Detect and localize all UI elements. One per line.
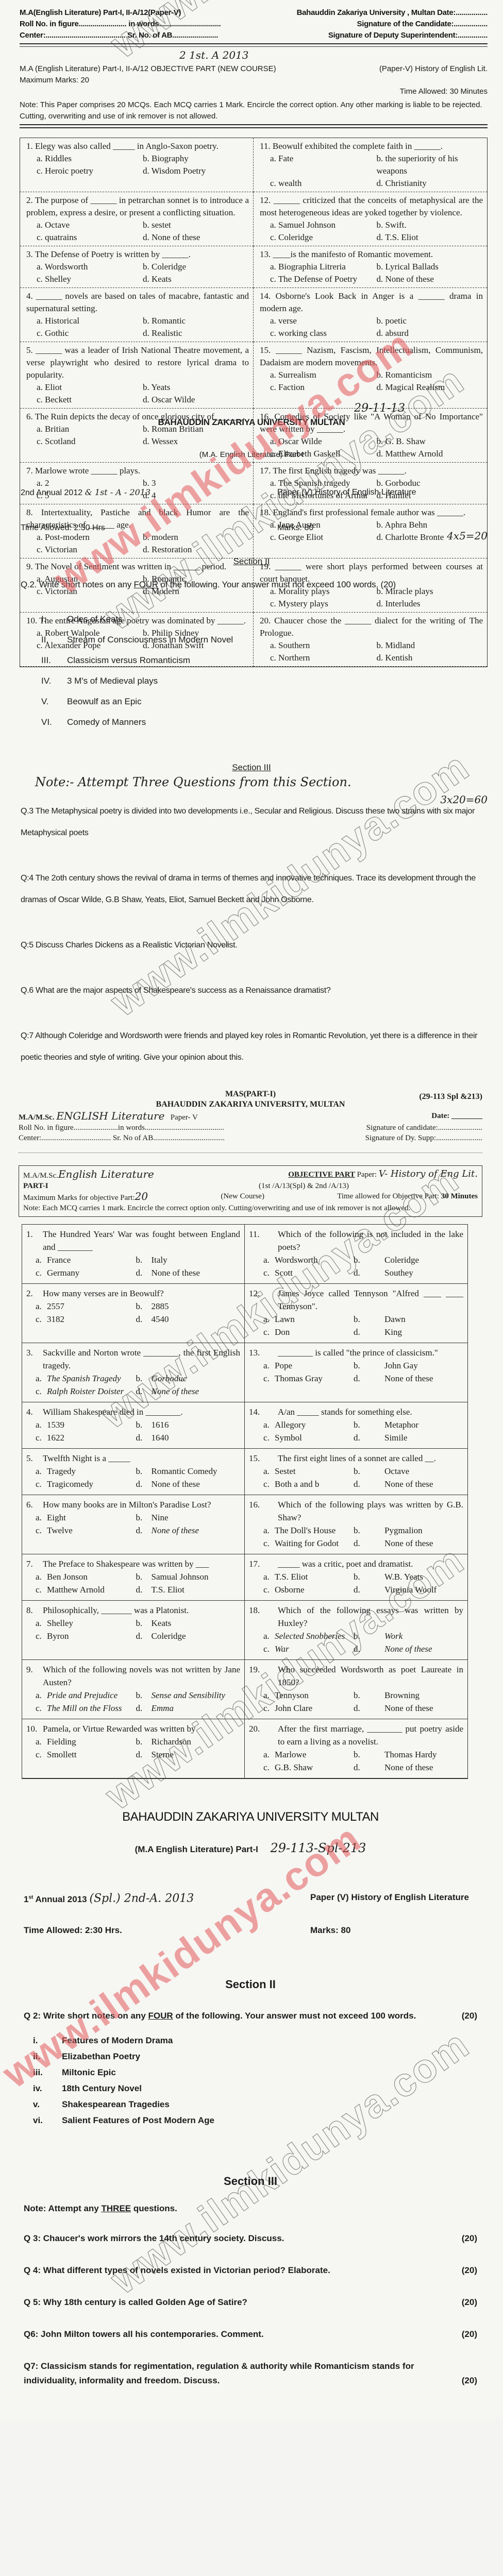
mcq-option: Virginia Woolf <box>384 1583 463 1596</box>
mcq-option: Coleridge <box>384 1253 463 1266</box>
mcq-option: The Spanish Tragedy <box>47 1372 136 1385</box>
mcq-option: Italy <box>152 1253 241 1266</box>
question-number: 19. <box>249 1663 278 1689</box>
mcq-item: 2. The purpose of ______ in petrarchan s… <box>20 192 254 246</box>
mcq-question: 11. Beowulf exhibited the complete faith… <box>260 140 483 152</box>
question-number: 10. <box>26 1722 43 1735</box>
section-note: Note: Attempt any THREE questions. <box>24 2204 477 2214</box>
option-letter: a. <box>36 1617 47 1630</box>
question-number: 20. <box>249 1722 278 1748</box>
handwritten-marks: 3x20=60 <box>440 793 488 806</box>
question-number: 12. <box>249 1287 278 1313</box>
option-letter: d. <box>354 1761 384 1774</box>
item-number: VI. <box>41 712 67 733</box>
paper-title-block: M.A (English Literature) Part-I, II-A/12… <box>20 63 488 97</box>
list-item: iii.Miltonic Epic <box>33 2064 477 2080</box>
time-allowed: Time Allowed: 2:30 Hrs. <box>24 1924 310 1937</box>
mcq-option: c. wealth <box>270 177 377 190</box>
mcq-options: a. Fateb. the superiority of his weapons… <box>260 152 483 190</box>
mcq-option: Metaphor <box>384 1418 463 1431</box>
option-letter: a. <box>36 1300 47 1313</box>
divider <box>20 46 488 47</box>
course-subtitle: (M.A. English Literature) Part-I <box>21 450 482 459</box>
item-text: Miltonic Epic <box>62 2064 116 2080</box>
option-letter: d. <box>354 1478 384 1490</box>
section-heading: Section II <box>21 556 482 567</box>
mcq-option: Octave <box>384 1465 463 1478</box>
mcq-question: 14.A/an _____ stands for something else. <box>249 1405 463 1418</box>
mcq-options: a.The Spanish Tragedyb.Gorboducc.Ralph R… <box>26 1372 240 1398</box>
option-letter: d. <box>136 1313 152 1326</box>
option-letter: c. <box>36 1431 47 1444</box>
mcq-options: a. Octaveb. sestetc. quatrainsd. None of… <box>26 219 249 244</box>
mcq-question: 9.Which of the following novels was not … <box>26 1663 240 1689</box>
mcq-question: 8.Philosophically, _______ was a Platoni… <box>26 1604 240 1617</box>
mcq-options: a. Riddlesb. Biographyc. Heroic poetryd.… <box>26 152 249 177</box>
item-number: I. <box>41 609 67 630</box>
mcq-option: John Gay <box>384 1359 463 1372</box>
mcq-option: a. Octave <box>37 219 143 231</box>
mcq-option: France <box>47 1253 136 1266</box>
long-question: Q 4: What different types of novels exis… <box>24 2263 477 2278</box>
long-questions: Q 3: Chaucer's work mirrors the 14th cen… <box>24 2231 477 2388</box>
item-text: Elizabethan Poetry <box>62 2048 140 2064</box>
mcq-option: c. Gothic <box>37 327 143 340</box>
mcq-option: Ralph Roister Doister <box>47 1385 136 1398</box>
option-letter: b. <box>136 1617 152 1630</box>
option-letter: c. <box>36 1583 47 1596</box>
option-letter: d. <box>136 1583 152 1596</box>
question-text: Which of the following novels was not wr… <box>43 1663 240 1689</box>
mcq-option: 2885 <box>152 1300 241 1313</box>
max-marks: Maximum Marks: 20 <box>20 75 89 86</box>
option-letter: a. <box>36 1465 47 1478</box>
mcq-options: a. Biographia Litreriab. Lyrical Ballads… <box>260 261 483 285</box>
option-letter: c. <box>263 1372 275 1385</box>
option-letter: c. <box>36 1748 47 1761</box>
question-marks: (20) <box>462 2327 477 2342</box>
mcq-option: d. absurd <box>377 327 483 340</box>
exam-meta: 1st Annual 2013 (Spl.) 2nd-A. 2013 Paper… <box>24 1891 477 1937</box>
mcq-option: Pygmalion <box>384 1524 463 1537</box>
mcq-option: Coleridge <box>152 1630 241 1642</box>
mcq-option: 1640 <box>152 1431 241 1444</box>
mcq-question: 19.Who succeeded Wordsworth as poet Laur… <box>249 1663 463 1689</box>
mcq-options: a.Lawnb.Dawnc.Dond.King <box>249 1313 463 1338</box>
university-name: BAHAUDDIN ZAKARIYA UNIVERSITY MULTAN <box>24 1779 477 1824</box>
item-text: 3 M's of Medieval plays <box>67 671 158 691</box>
header-row: M.A(English Literature) Part-I, II-A/12(… <box>20 7 488 19</box>
mcq-options: a.Allegoryb.Metaphorc.Symbold.Simile <box>249 1418 463 1444</box>
mcq-option: Lawn <box>275 1313 354 1326</box>
question-text: Which of the following plays was written… <box>278 1498 463 1524</box>
mcq-option: c. quatrains <box>37 231 143 244</box>
question-number: 7. <box>26 1557 43 1570</box>
mcq-option: b. the superiority of his weapons <box>377 152 483 177</box>
option-letter: b. <box>354 1570 384 1583</box>
option-letter: a. <box>263 1748 275 1761</box>
question-text: Q7: Classicism stands for regimentation,… <box>24 2359 446 2388</box>
mcq-option: Allegory <box>275 1418 354 1431</box>
mcq-option: Thomas Hardy <box>384 1748 463 1761</box>
session: 1st Annual 2013 <box>24 1894 87 1904</box>
option-letter: b. <box>354 1359 384 1372</box>
option-letter: c. <box>263 1266 275 1279</box>
option-letter: d. <box>354 1642 384 1655</box>
mcq-option: d. Wisdom Poetry <box>143 165 249 177</box>
option-letter: a. <box>263 1465 275 1478</box>
session: 2nd Annual 2012 <box>21 488 82 497</box>
mcq-option: b. sestet <box>143 219 249 231</box>
mcq-item: 17._____ was a critic, poet and dramatis… <box>245 1554 467 1601</box>
question-text: Q 5: Why 18th century is called Golden A… <box>24 2295 247 2310</box>
question-number: 1. <box>26 1228 43 1253</box>
item-number: IV. <box>41 671 67 691</box>
time-allowed: Time Allowed: 30 Minutes <box>400 86 488 97</box>
option-letter: c. <box>36 1702 47 1715</box>
option-letter: a. <box>36 1689 47 1702</box>
item-text: Odes of Keats <box>67 609 123 630</box>
mcq-option: Pride and Prejudice <box>47 1689 136 1702</box>
question-number: 3. <box>26 1346 43 1372</box>
option-letter: b. <box>136 1689 152 1702</box>
mcq-option: Emma <box>152 1702 241 1715</box>
mcq-option: a. verse <box>270 315 377 327</box>
mcq-option: c. Shelley <box>37 273 143 285</box>
option-letter: a. <box>263 1570 275 1583</box>
mcq-item: 12. ______ criticized that the conceits … <box>254 192 487 246</box>
item-number: v. <box>33 2096 62 2112</box>
mcq-options: a. Samuel Johnsonb. Swift.c. Coleridged.… <box>260 219 483 244</box>
total-marks: Marks: 80 <box>310 1924 477 1937</box>
question-text: William Shakespeare died in ________. <box>43 1405 183 1418</box>
item-text: 18th Century Novel <box>62 2080 142 2096</box>
mcq-option: Byron <box>47 1630 136 1642</box>
mcq-option: W.B. Yeats <box>384 1570 463 1583</box>
mcq-item: 9.Which of the following novels was not … <box>22 1660 245 1719</box>
mcq-option: King <box>384 1326 463 1338</box>
course-subtitle: (M.A English Literature) Part-I 29-113-S… <box>24 1841 477 1855</box>
divider <box>20 124 488 125</box>
mcq-item: 19.Who succeeded Wordsworth as poet Laur… <box>245 1660 467 1719</box>
long-question: Q:4 The 2oth century shows the revival o… <box>21 868 482 911</box>
mcq-option: T.S. Eliot <box>275 1570 354 1583</box>
mcq-options: a.Wordsworthb.Coleridgec.Scottd.Southey <box>249 1253 463 1279</box>
mcq-option: Gorboduc <box>152 1372 241 1385</box>
question-number: 5. <box>26 1452 43 1465</box>
question-text: A/an _____ stands for something else. <box>278 1405 412 1418</box>
option-letter: b. <box>136 1735 152 1748</box>
mcq-option: Keats <box>152 1617 241 1630</box>
item-text: Beowulf as an Epic <box>67 691 142 712</box>
mcq-option: Samual Johnson <box>152 1570 241 1583</box>
mcq-option: c. Heroic poetry <box>37 165 143 177</box>
mcq-option: b. Coleridge <box>143 261 249 273</box>
mcq-option: Romantic Comedy <box>152 1465 241 1478</box>
question-text: How many books are in Milton's Paradise … <box>43 1498 211 1511</box>
question-number: 13. <box>249 1346 278 1359</box>
list-item: v.Shakespearean Tragedies <box>33 2096 477 2112</box>
form-row: Center:.................................… <box>19 1133 482 1143</box>
option-letter: c. <box>263 1478 275 1490</box>
mcq-item: 3. The Defense of Poetry is written by _… <box>20 246 254 288</box>
long-question: Q7: Classicism stands for regimentation,… <box>24 2359 477 2388</box>
mcq-options: a.Tennysonb.Browningc.John Clared.None o… <box>249 1689 463 1715</box>
mcq-option: Selected Snobberies <box>275 1630 354 1642</box>
question-text: Which of the following is not included i… <box>278 1228 463 1253</box>
option-letter: a. <box>263 1689 275 1702</box>
question-text: Who succeeded Wordsworth as poet Laureat… <box>278 1663 463 1689</box>
mcq-options: a.Tragedyb.Romantic Comedyc.Tragicomedyd… <box>26 1465 240 1490</box>
question-number: 6. <box>26 1498 43 1511</box>
mcq-option: John Clare <box>275 1702 354 1715</box>
mcq-option: 1539 <box>47 1418 136 1431</box>
question-2: Q 2: Write short notes on any FOUR of th… <box>24 2011 477 2021</box>
mcq-option: d. Christianity <box>377 177 483 190</box>
paper-subject: Paper (V) History of English Literature <box>277 487 482 499</box>
mcq-options: a.1539b.1616c.1622d.1640 <box>26 1418 240 1444</box>
option-letter: a. <box>263 1359 275 1372</box>
mcq-option: T.S. Eliot <box>152 1583 241 1596</box>
mcq-option: Sterne <box>152 1748 241 1761</box>
mcq-option: b. Swift. <box>377 219 483 231</box>
paper-subjective-2013: BAHAUDDIN ZAKARIYA UNIVERSITY MULTAN (M.… <box>0 1779 503 2419</box>
mcq-item: 13. ____is the manifesto of Romantic mov… <box>254 246 487 288</box>
mcq-options: a. Historicalb. Romanticc. Gothicd. Real… <box>26 315 249 340</box>
option-letter: b. <box>354 1313 384 1326</box>
mcq-item: 8.Philosophically, _______ was a Platoni… <box>22 1601 245 1660</box>
list-item: VI.Comedy of Manners <box>41 712 482 733</box>
mcq-item: 7.The Preface to Shakespeare was written… <box>22 1554 245 1601</box>
question-marks: (20) <box>462 2263 477 2278</box>
question-2: Q.2. Write short notes on any FOUR of th… <box>21 574 482 596</box>
dotted-divider <box>19 1153 482 1153</box>
option-letter: a. <box>36 1570 47 1583</box>
mcq-option: d. None of these <box>377 273 483 285</box>
question-text: Pamela, or Virtue Rewarded was written b… <box>43 1722 196 1735</box>
mcq-question: 13.________ is called "the prince of cla… <box>249 1346 463 1359</box>
handwritten-marks: 4x5=20 <box>447 530 488 542</box>
exam-meta: 2nd Annual 2012 & 1st - A - 2013 Paper (… <box>21 487 482 534</box>
mcq-question: 6.How many books are in Milton's Paradis… <box>26 1498 240 1511</box>
mcq-item: 18.Which of the following essays was wri… <box>245 1601 467 1660</box>
question-text: The first eight lines of a sonnet are ca… <box>278 1452 436 1465</box>
option-letter: d. <box>136 1702 152 1715</box>
mcq-question: 15. ______ Nazism, Fascism, Intellectual… <box>260 344 483 369</box>
list-item: V.Beowulf as an Epic <box>41 691 482 712</box>
mcq-options: a.The Doll's Houseb.Pygmalionc.Waiting f… <box>249 1524 463 1550</box>
mcq-option: b. Romanticism <box>377 369 483 381</box>
paper-subject: Paper (V) History of English Literature <box>310 1891 477 1906</box>
short-notes-list: I.Odes of KeatsII.Stream of Consciousnes… <box>41 609 482 733</box>
mcq-options: a.Popeb.John Gayc.Thomas Grayd.None of t… <box>249 1359 463 1385</box>
mcq-question: 7.The Preface to Shakespeare was written… <box>26 1557 240 1570</box>
handwritten-date: 2 1st. A 2013 <box>20 49 488 63</box>
question-marks: (20) <box>462 2295 477 2310</box>
item-text: Comedy of Manners <box>67 712 146 733</box>
item-number: ii. <box>33 2048 62 2064</box>
list-item: III.Classicism versus Romanticism <box>41 650 482 671</box>
mcq-option: Tragicomedy <box>47 1478 136 1490</box>
list-item: II.Stream of Consciousness in Modern Nov… <box>41 630 482 650</box>
mcq-options: a. Surrealismb. Romanticismc. Factiond. … <box>260 369 483 394</box>
mcq-option: 2557 <box>47 1300 136 1313</box>
mcq-option: Tennyson <box>275 1689 354 1702</box>
option-letter: b. <box>354 1524 384 1537</box>
option-letter: d. <box>136 1630 152 1642</box>
item-text: Classicism versus Romanticism <box>67 650 190 671</box>
question-number: 11. <box>249 1228 278 1253</box>
long-question: Q.3 The Metaphysical poetry is divided i… <box>21 801 482 844</box>
option-letter: b. <box>136 1570 152 1583</box>
mcq-question: 17._____ was a critic, poet and dramatis… <box>249 1557 463 1570</box>
mcq-item: 11.Which of the following is not include… <box>245 1225 467 1284</box>
mcq-option: d. Keats <box>143 273 249 285</box>
section-heading: Section III <box>24 2175 477 2188</box>
question-text: ________ is called "the prince of classi… <box>278 1346 438 1359</box>
mcq-option: Scott <box>275 1266 354 1279</box>
option-letter: b. <box>354 1748 384 1761</box>
list-item: iv.18th Century Novel <box>33 2080 477 2096</box>
long-question: Q 5: Why 18th century is called Golden A… <box>24 2295 477 2310</box>
option-letter: c. <box>263 1537 275 1550</box>
mcq-question: 1.The Hundred Years' War was fought betw… <box>26 1228 240 1253</box>
mcq-option: Sestet <box>275 1465 354 1478</box>
mcq-options: a.Shelleyb.Keatsc.Byrond.Coleridge <box>26 1617 240 1642</box>
question-text: After the first marriage, ________ put p… <box>278 1722 463 1748</box>
exam-papers-document: M.A(English Literature) Part-I, II-A/12(… <box>0 0 503 2419</box>
option-letter: b. <box>354 1253 384 1266</box>
long-question: Q 3: Chaucer's work mirrors the 14th cen… <box>24 2231 477 2246</box>
mcq-question: 14. Osborne's Look Back in Anger is a __… <box>260 290 483 315</box>
mcq-item: 13.________ is called "the prince of cla… <box>245 1343 467 1402</box>
mcq-option: 1616 <box>152 1418 241 1431</box>
section-heading: Section III <box>21 762 482 773</box>
mcq-option: None of these <box>152 1385 241 1398</box>
mcq-option: c. Coleridge <box>270 231 377 244</box>
mcq-option: Wordsworth <box>275 1253 354 1266</box>
item-number: III. <box>41 650 67 671</box>
mcq-question: 3.Sackville and Norton wrote ________, t… <box>26 1346 240 1372</box>
question-marks: (20) <box>462 2231 477 2246</box>
option-letter: b. <box>354 1465 384 1478</box>
mcq-option: Sense and Sensibility <box>152 1689 241 1702</box>
option-letter: d. <box>136 1748 152 1761</box>
mcq-question: 13. ____is the manifesto of Romantic mov… <box>260 248 483 261</box>
short-notes-list: i.Features of Modern Dramaii.Elizabethan… <box>33 2032 477 2128</box>
item-text: Features of Modern Drama <box>62 2032 173 2048</box>
mcq-options: a. verseb. poeticc. working classd. absu… <box>260 315 483 340</box>
mcq-option: None of these <box>152 1478 241 1490</box>
item-number: vi. <box>33 2112 62 2128</box>
question-text: Which of the following essays was writte… <box>278 1604 463 1630</box>
question-number: 18. <box>249 1604 278 1630</box>
mcq-options: a.Marloweb.Thomas Hardyc.G.B. Shawd.None… <box>249 1748 463 1774</box>
mcq-option: b. poetic <box>377 315 483 327</box>
list-item: vi.Salient Features of Post Modern Age <box>33 2112 477 2128</box>
mcq-option: Tragedy <box>47 1465 136 1478</box>
mcq-item: 12.James Joyce called Tennyson "Alfred _… <box>245 1284 467 1343</box>
mcq-question: 5. ______ was a leader of Irish National… <box>26 344 249 381</box>
option-letter: d. <box>136 1431 152 1444</box>
question-text: James Joyce called Tennyson "Alfred ____… <box>278 1287 463 1313</box>
mcq-option: Southey <box>384 1266 463 1279</box>
question-text: Sackville and Norton wrote ________, the… <box>43 1346 240 1372</box>
mcq-option: Matthew Arnold <box>47 1583 136 1596</box>
mcq-question: 4. ______ novels are based on tales of m… <box>26 290 249 315</box>
option-letter: d. <box>136 1524 152 1537</box>
university-name: BAHAUDDIN ZAKARIYA UNIVERSITY MULTAN <box>21 392 482 428</box>
option-letter: c. <box>36 1630 47 1642</box>
mcq-option: a. Biographia Litreria <box>270 261 377 273</box>
option-letter: a. <box>263 1524 275 1537</box>
item-number: iii. <box>33 2064 62 2080</box>
option-letter: a. <box>36 1418 47 1431</box>
option-letter: b. <box>136 1465 152 1478</box>
question-marks: (20) <box>462 2374 477 2388</box>
list-item: IV.3 M's of Medieval plays <box>41 671 482 691</box>
mcq-option: Pope <box>275 1359 354 1372</box>
question-number: 4. <box>26 1405 43 1418</box>
long-question: Q:7 Although Coleridge and Wordsworth we… <box>21 1025 482 1069</box>
mcq-option: d. Realistic <box>143 327 249 340</box>
mcq-options: a.Franceb.Italyc.Germanyd.None of these <box>26 1253 240 1279</box>
option-letter: c. <box>263 1583 275 1596</box>
divider <box>20 127 488 128</box>
candidate-form: M.A/M.Sc. ENGLISH Literature Paper- VDat… <box>19 1111 482 1153</box>
mcq-item: 4. ______ novels are based on tales of m… <box>20 288 254 342</box>
option-letter: c. <box>36 1385 47 1398</box>
option-letter: c. <box>36 1524 47 1537</box>
mcq-question: 16.Which of the following plays was writ… <box>249 1498 463 1524</box>
option-letter: d. <box>354 1431 384 1444</box>
question-text: Q 4: What different types of novels exis… <box>24 2263 330 2278</box>
mcq-option: d. T.S. Eliot <box>377 231 483 244</box>
mcq-option: a. Riddles <box>37 152 143 165</box>
mcq-question: 3. The Defense of Poetry is written by _… <box>26 248 249 261</box>
question-text: How many verses are in Beowulf? <box>43 1287 164 1300</box>
mcq-option: G.B. Shaw <box>275 1761 354 1774</box>
mcq-option: Work <box>384 1630 463 1642</box>
mcq-option: Richardson <box>152 1735 241 1748</box>
option-letter: c. <box>263 1702 275 1715</box>
paper-subjective-2012: 29-11-13 BAHAUDDIN ZAKARIYA UNIVERSITY M… <box>0 392 503 1069</box>
mcq-options: a. Wordsworthb. Coleridgec. Shelleyd. Ke… <box>26 261 249 285</box>
mcq-option: Fielding <box>47 1735 136 1748</box>
option-letter: b. <box>136 1372 152 1385</box>
question-number: 16. <box>249 1498 278 1524</box>
mcq-question: 12.James Joyce called Tennyson "Alfred _… <box>249 1287 463 1313</box>
paper-title: M.A (English Literature) Part-I, II-A/12… <box>20 63 276 75</box>
header-row: Center:.................................… <box>20 30 488 41</box>
mcq-option: a. Samuel Johnson <box>270 219 377 231</box>
option-letter: d. <box>136 1266 152 1279</box>
mcq-options: a.T.S. Eliotb.W.B. Yeatsc.Osborned.Virgi… <box>249 1570 463 1596</box>
mcq-question: 2. The purpose of ______ in petrarchan s… <box>26 194 249 219</box>
mcq-options: a.Eightb.Ninec.Twelved.None of these <box>26 1511 240 1537</box>
mcq-option: The Mill on the Floss <box>47 1702 136 1715</box>
header-row: Roll No. in figure......................… <box>20 19 488 30</box>
question-number: 2. <box>26 1287 43 1300</box>
option-letter: a. <box>263 1253 275 1266</box>
option-letter: b. <box>136 1418 152 1431</box>
mcq-item: 14.A/an _____ stands for something else.… <box>245 1402 467 1449</box>
item-number: iv. <box>33 2080 62 2096</box>
mcq-option: Dawn <box>384 1313 463 1326</box>
question-text: The Hundred Years' War was fought betwee… <box>43 1228 240 1253</box>
option-letter: c. <box>263 1431 275 1444</box>
mcq-option: a. Fate <box>270 152 377 177</box>
